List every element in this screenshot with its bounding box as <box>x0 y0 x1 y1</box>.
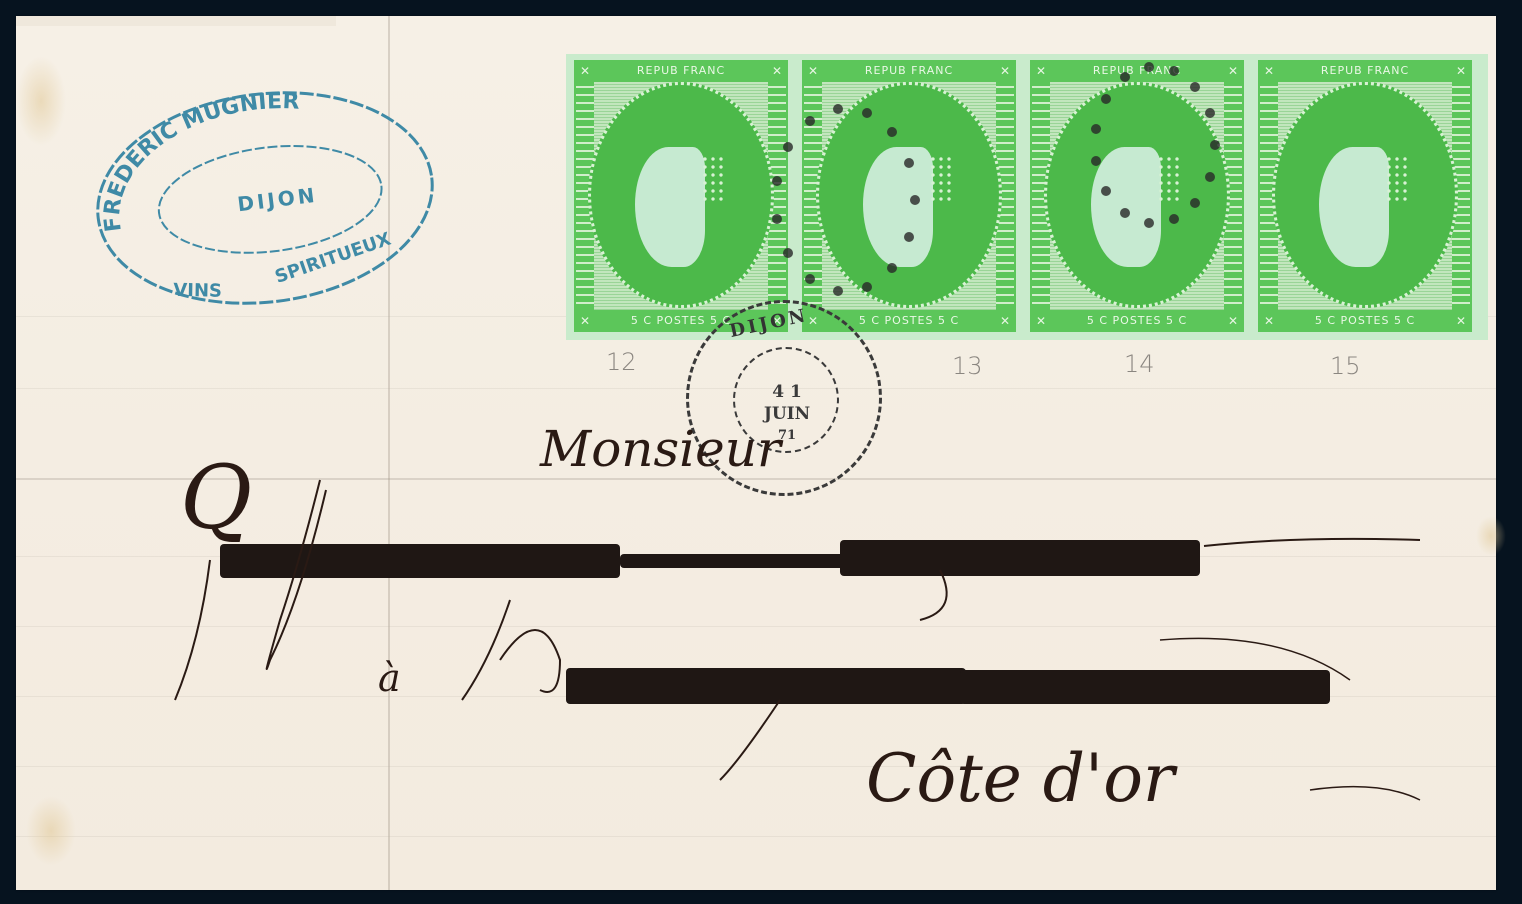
corner-ornament-icon: ✕ <box>1032 62 1050 80</box>
cancel-dot <box>772 176 782 186</box>
corner-ornament-icon: ✕ <box>1032 312 1050 330</box>
stamp-top-label: REPUB FRANC <box>596 62 766 80</box>
corner-ornament-icon: ✕ <box>1452 62 1470 80</box>
cancel-dot <box>904 158 914 168</box>
ruled-line <box>16 766 1496 767</box>
corner-ornament-icon: ✕ <box>1224 62 1242 80</box>
position-number: 13 <box>952 352 983 380</box>
cancel-dot <box>805 274 815 284</box>
paper-stain <box>1476 516 1506 556</box>
corner-ornament-icon: ✕ <box>996 312 1014 330</box>
paper-stain <box>16 56 66 146</box>
corner-ornament-icon: ✕ <box>1260 312 1278 330</box>
postmark-day: 4 1 <box>745 381 829 403</box>
cover-flap <box>16 16 336 26</box>
address-preposition: à <box>378 656 401 700</box>
cancel-dot <box>910 195 920 205</box>
position-number: 14 <box>1124 350 1155 378</box>
position-number: 15 <box>1330 352 1361 380</box>
cancel-dot <box>887 263 897 273</box>
business-cachet: FREDERIC MUGNIER DIJON VINS SPIRITUEUX <box>80 68 450 329</box>
cancel-dot <box>833 286 843 296</box>
cachet-bottom-left-text: VINS <box>173 280 222 302</box>
address-name-initial: Q <box>180 446 252 549</box>
cancel-dot <box>1169 66 1179 76</box>
corner-ornament-icon: ✕ <box>576 62 594 80</box>
ceres-head-icon <box>863 147 933 267</box>
cachet-center-text: DIJON <box>236 183 319 217</box>
grapes-icon <box>701 155 727 205</box>
grapes-icon <box>1385 155 1411 205</box>
stamp: ✕✕✕✕REPUB FRANC5 C POSTES 5 C <box>574 60 788 332</box>
grapes-icon <box>1157 155 1183 205</box>
ceres-medallion <box>1044 82 1230 308</box>
ceres-head-icon <box>635 147 705 267</box>
cancel-dot <box>783 142 793 152</box>
ruled-line <box>16 836 1496 837</box>
redaction-bar-town <box>960 670 1330 704</box>
stamp-bottom-label: 5 C POSTES 5 C <box>1280 312 1450 330</box>
cancel-dot <box>904 232 914 242</box>
corner-ornament-icon: ✕ <box>804 62 822 80</box>
redaction-bar-name <box>220 544 620 578</box>
corner-ornament-icon: ✕ <box>1224 312 1242 330</box>
corner-ornament-icon: ✕ <box>768 62 786 80</box>
cancel-dot <box>772 214 782 224</box>
stamp: ✕✕✕✕REPUB FRANC5 C POSTES 5 C <box>1258 60 1472 332</box>
redaction-bar-town <box>566 668 966 704</box>
stamp-top-label: REPUB FRANC <box>824 62 994 80</box>
corner-ornament-icon: ✕ <box>1260 62 1278 80</box>
corner-ornament-icon: ✕ <box>1452 312 1470 330</box>
stamp-top-label: REPUB FRANC <box>1280 62 1450 80</box>
paper-stain <box>26 796 76 866</box>
address-department: Côte d'or <box>866 740 1174 817</box>
redaction-bar-link <box>620 554 850 568</box>
ceres-medallion <box>588 82 774 308</box>
ceres-head-icon <box>1091 147 1161 267</box>
address-salutation: Monsieur <box>540 420 781 478</box>
cancel-dot <box>1120 208 1130 218</box>
cachet-bottom-right-text: SPIRITUEUX <box>272 229 393 288</box>
cancel-dot <box>862 282 872 292</box>
cancel-dot <box>1169 214 1179 224</box>
corner-ornament-icon: ✕ <box>576 312 594 330</box>
stamp-strip: ✕✕✕✕REPUB FRANC5 C POSTES 5 C✕✕✕✕REPUB F… <box>566 54 1488 340</box>
stamp-top-label: REPUB FRANC <box>1052 62 1222 80</box>
ceres-head-icon <box>1319 147 1389 267</box>
ceres-medallion <box>816 82 1002 308</box>
cancel-dot <box>1210 140 1220 150</box>
ceres-medallion <box>1272 82 1458 308</box>
redaction-bar-surname <box>840 540 1200 576</box>
position-number: 12 <box>606 348 637 376</box>
cancel-dot <box>1205 172 1215 182</box>
cancel-dot <box>1144 218 1154 228</box>
postmark-town: DIJON <box>728 305 810 342</box>
stamp: ✕✕✕✕REPUB FRANC5 C POSTES 5 C <box>1030 60 1244 332</box>
grapes-icon <box>929 155 955 205</box>
corner-ornament-icon: ✕ <box>996 62 1014 80</box>
stamp-bottom-label: 5 C POSTES 5 C <box>1052 312 1222 330</box>
ruled-line <box>16 626 1496 627</box>
